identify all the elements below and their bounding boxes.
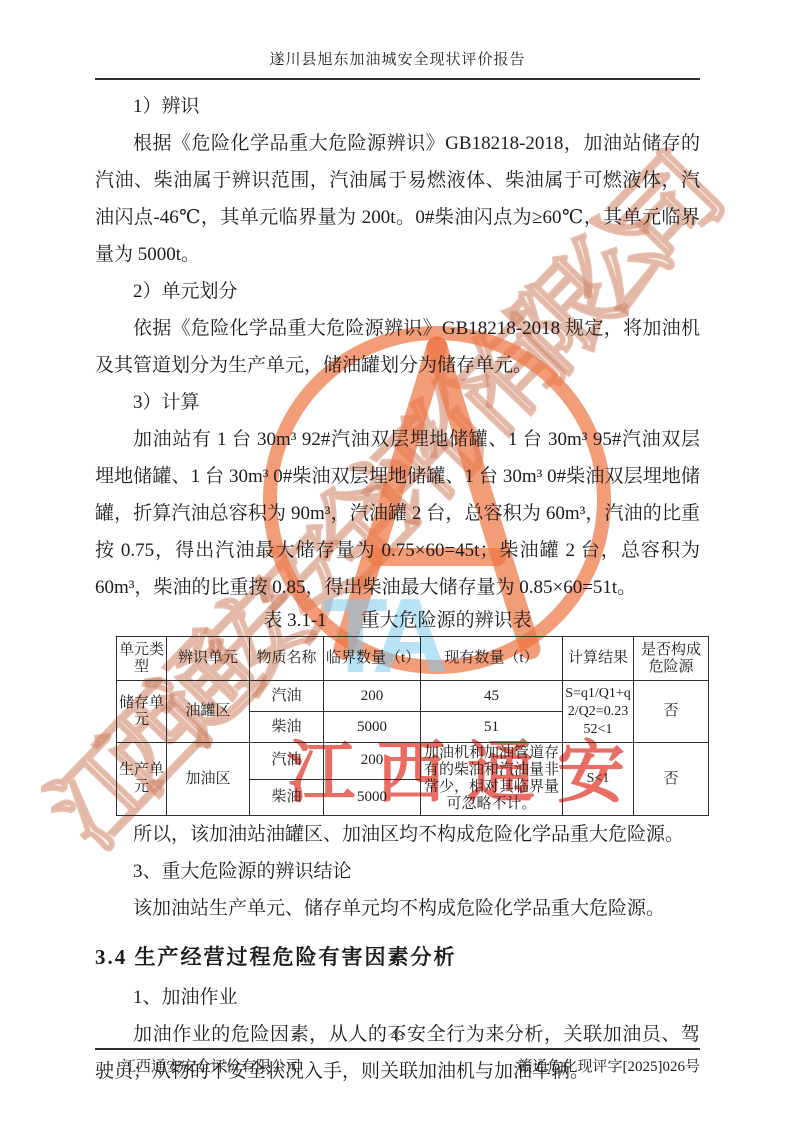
cell-material: 柴油 bbox=[250, 779, 324, 816]
page-header: 遂川县旭东加油城安全现状评价报告 bbox=[95, 48, 700, 80]
cell-storage-unit: 油罐区 bbox=[167, 681, 250, 743]
footer-company-name: 江西通安安全评价有限公司 bbox=[95, 1055, 301, 1076]
col-header-identified-unit: 辨识单元 bbox=[167, 637, 250, 681]
subhead-unit-division: 2）单元划分 bbox=[95, 273, 700, 310]
col-header-calc-result: 计算结果 bbox=[563, 637, 634, 681]
col-header-present-qty: 现有数量（t） bbox=[421, 637, 563, 681]
cell-present-qty: 51 bbox=[421, 712, 563, 743]
cell-production-present-note: 加油机和加油管道存有的柴油和汽油量非常少，相对其临界量可忽略不计。 bbox=[421, 743, 563, 816]
cell-storage-unit-type: 储存单元 bbox=[117, 681, 167, 743]
cell-critical-qty: 5000 bbox=[324, 712, 421, 743]
cell-critical-qty: 5000 bbox=[324, 779, 421, 816]
table-caption: 表 3.1-1 重大危险源的辨识表 bbox=[95, 606, 700, 636]
cell-storage-is-major: 否 bbox=[634, 681, 709, 743]
paragraph-identification: 根据《危险化学品重大危险源辨识》GB18218-2018，加油站储存的汽油、柴油… bbox=[95, 125, 700, 273]
table-caption-title: 重大危险源的辨识表 bbox=[361, 606, 532, 636]
cell-production-is-major: 否 bbox=[634, 743, 709, 816]
paragraph-calculation: 加油站有 1 台 30m³ 92#汽油双层埋地储罐、1 台 30m³ 95#汽油… bbox=[95, 421, 700, 606]
col-header-material: 物质名称 bbox=[250, 637, 324, 681]
subhead-calculation: 3）计算 bbox=[95, 384, 700, 421]
document-body: 1）辨识 根据《危险化学品重大危险源辨识》GB18218-2018，加油站储存的… bbox=[95, 88, 700, 1090]
page-number: 43 bbox=[95, 1028, 700, 1044]
cell-production-unit-type: 生产单元 bbox=[117, 743, 167, 816]
subhead-identification: 1）辨识 bbox=[95, 88, 700, 125]
page-footer: 43 江西通安安全评价有限公司 赣通危化现评字[2025]026号 bbox=[95, 1028, 700, 1076]
paragraph-table-conclusion: 所以，该加油站油罐区、加油区均不构成危险化学品重大危险源。 bbox=[95, 816, 700, 853]
cell-present-qty: 45 bbox=[421, 681, 563, 712]
cell-material: 汽油 bbox=[250, 681, 324, 712]
cell-critical-qty: 200 bbox=[324, 681, 421, 712]
cell-critical-qty: 200 bbox=[324, 743, 421, 780]
table-header-row: 单元类型 辨识单元 物质名称 临界数量（t） 现有数量（t） 计算结果 是否构成… bbox=[117, 637, 709, 681]
report-title: 遂川县旭东加油城安全现状评价报告 bbox=[269, 52, 525, 68]
section-heading-3-4: 3.4 生产经营过程危险有害因素分析 bbox=[95, 935, 700, 979]
subhead-refueling-operation: 1、加油作业 bbox=[95, 979, 700, 1016]
table-caption-label: 表 3.1-1 bbox=[263, 606, 326, 636]
cell-production-calc-result: S<1 bbox=[563, 743, 634, 816]
cell-material: 汽油 bbox=[250, 743, 324, 780]
hazard-identification-table: 单元类型 辨识单元 物质名称 临界数量（t） 现有数量（t） 计算结果 是否构成… bbox=[116, 636, 709, 816]
col-header-critical-qty: 临界数量（t） bbox=[324, 637, 421, 681]
table-row-production-gasoline: 生产单元 加油区 汽油 200 加油机和加油管道存有的柴油和汽油量非常少，相对其… bbox=[117, 743, 709, 780]
col-header-unit-type: 单元类型 bbox=[117, 637, 167, 681]
paragraph-identification-conclusion: 该加油站生产单元、储存单元均不构成危险化学品重大危险源。 bbox=[95, 890, 700, 927]
cell-material: 柴油 bbox=[250, 712, 324, 743]
document-page: 江西通安安全评价有限公司 TA 江西通安 遂川县旭东加油城安全现状评价报告 1）… bbox=[0, 0, 793, 1122]
subhead-identification-conclusion: 3、重大危险源的辨识结论 bbox=[95, 853, 700, 890]
footer-row: 江西通安安全评价有限公司 赣通危化现评字[2025]026号 bbox=[95, 1048, 700, 1076]
cell-storage-calc-result: S=q1/Q1+q2/Q2=0.2352<1 bbox=[563, 681, 634, 743]
footer-document-number: 赣通危化现评字[2025]026号 bbox=[518, 1055, 701, 1076]
table-row-storage-gasoline: 储存单元 油罐区 汽油 200 45 S=q1/Q1+q2/Q2=0.2352<… bbox=[117, 681, 709, 712]
cell-production-unit: 加油区 bbox=[167, 743, 250, 816]
paragraph-unit-division: 依据《危险化学品重大危险源辨识》GB18218-2018 规定，将加油机及其管道… bbox=[95, 310, 700, 384]
col-header-is-major-hazard: 是否构成危险源 bbox=[634, 637, 709, 681]
